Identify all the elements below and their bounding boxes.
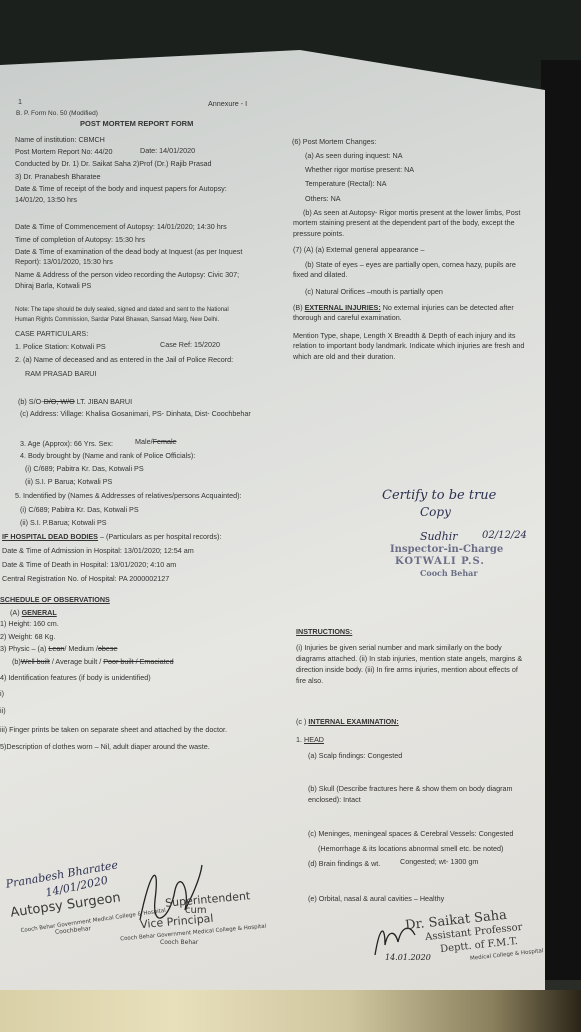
internal-prefix: (c ) (296, 717, 308, 726)
admission: Date & Time of Admission in Hospital: 13… (2, 547, 194, 556)
meninges-findings: (c) Meninges, meningeal spaces & Cerebra… (308, 830, 513, 839)
orbital-findings: (e) Orbital, nasal & aural cavities – He… (308, 895, 444, 904)
institution: Name of institution: CBMCH (15, 136, 105, 145)
inquest-changes: (a) As seen during inquest: NA (305, 152, 402, 161)
injuries-heading: EXTERNAL INJURIES: (305, 303, 381, 312)
age-sex: 3. Age (Approx): 66 Yrs. Sex: (20, 440, 113, 449)
identified-by-1: (i) C/689; Pabitra Kr. Das, Kotwali PS (20, 506, 139, 515)
stamp-inspector-city: Cooch Behar (420, 568, 478, 578)
sex-value: Male/Female (135, 438, 177, 447)
so-struck: D/O, W/O (44, 397, 75, 406)
completion: Time of completion of Autopsy: 15:30 hrs (15, 236, 145, 245)
brain-value: Congested; wt- 1300 gm (400, 858, 478, 867)
certify-copy-handwriting: Copy (420, 505, 451, 519)
hospital-heading: IF HOSPITAL DEAD BODIES (2, 532, 98, 541)
general-prefix: (A) (10, 608, 22, 617)
identification-ii: ii) (0, 707, 6, 716)
conducted-by: Conducted by Dr. 1) Dr. Saikat Saha 2)Pr… (15, 160, 212, 169)
brain-label: (d) Brain findings & wt. (308, 860, 380, 869)
report-date: Date: 14/01/2020 (140, 147, 195, 156)
so-prefix: (b) S/O- (18, 397, 44, 406)
inquest-exam-1: Date & Time of examination of the dead b… (15, 248, 242, 257)
stamp-inspector-title: Inspector-in-Charge (390, 544, 503, 555)
certify-handwriting: Certify to be true (382, 488, 496, 503)
height: 1) Height: 160 cm. (0, 620, 59, 629)
video-recorder-1: Name & Address of the person video recor… (15, 271, 239, 280)
deceased-name-label: 2. (a) Name of deceased and as entered i… (15, 356, 233, 365)
sex-male: Male/ (135, 437, 153, 446)
page-title: POST MORTEM REPORT FORM (80, 119, 193, 128)
address: (c) Address: Village: Khalisa Gosanimari… (20, 410, 251, 419)
saha-signature-date: 14.01.2020 (385, 953, 431, 962)
cloth-background (0, 990, 581, 1032)
deceased-name: RAM PRASAD BARUI (25, 370, 97, 379)
commencement: Date & Time of Commencement of Autopsy: … (15, 223, 227, 232)
conducted-by-3: 3) Dr. Pranabesh Bharatee (15, 173, 101, 182)
built-well-struck: Well built (21, 657, 50, 666)
certify-signature: Sudhir (420, 530, 458, 543)
built-prefix: (b) (12, 657, 21, 666)
instructions-heading: INSTRUCTIONS: (296, 628, 352, 637)
built: (b)Well built / Average built / Poor bui… (12, 658, 174, 667)
stamp-super-city: Cooch Behar (160, 939, 198, 946)
physic-medium: / Medium / (64, 644, 98, 653)
temperature: Temperature (Rectal): NA (305, 180, 386, 189)
receipt-value: 14/01/20, 13:50 hrs (15, 196, 77, 205)
head-prefix: 1. (296, 735, 304, 744)
identification-features: 4) Identification features (if body is u… (0, 674, 151, 683)
certify-date: 02/12/24 (482, 530, 527, 541)
general-heading: GENERAL (22, 608, 57, 617)
physic-obese-struck: obese (98, 644, 118, 653)
external-injuries: (B) EXTERNAL INJURIES: No external injur… (293, 303, 528, 324)
report-number: Post Mortem Report No: 44/20 (15, 148, 112, 157)
physic-lean-struck: Lean (48, 644, 64, 653)
physic: 3) Physic – (a) Lean/ Medium /obese (0, 645, 118, 654)
brought-by-1: (i) C/689; Pabitra Kr. Das, Kotwali PS (25, 465, 144, 474)
son-of: (b) S/O-D/O, W/O LT. JIBAN BARUI (18, 398, 132, 407)
eyes-state: (b) State of eyes – eyes are partially o… (293, 260, 528, 281)
identified-by: 5. Indentified by (Names & Addresses of … (15, 492, 242, 501)
internal-heading: INTERNAL EXAMINATION: (308, 717, 398, 726)
general-section: (A) GENERAL (10, 609, 57, 618)
internal-exam: (c ) INTERNAL EXAMINATION: (296, 718, 399, 727)
built-average: / Average built / (50, 657, 103, 666)
brought-by: 4. Body brought by (Name and rank of Pol… (20, 452, 195, 461)
schedule-heading: SCHEDULE OF OBSERVATIONS (0, 596, 110, 605)
annexure-label: Annexure - I (208, 100, 247, 109)
note-1: Note: The tape should be duly sealed, si… (15, 307, 229, 314)
sex-female-struck: Female (153, 437, 177, 446)
mention-instructions: Mention Type, shape, Length X Breadth & … (293, 331, 530, 362)
so-value: LT. JIBAN BARUI (75, 397, 132, 406)
brought-by-2: (ii) S.I. P Barua; Kotwali PS (25, 478, 112, 487)
physic-prefix: 3) Physic – (a) (0, 644, 48, 653)
video-recorder-2: Dhiraj Barla, Kotwali PS (15, 282, 91, 291)
weight: 2) Weight: 68 Kg. (0, 633, 55, 642)
head-heading: HEAD (304, 735, 324, 744)
page-number: 1 (18, 98, 22, 107)
others: Others: NA (305, 195, 341, 204)
registration: Central Registration No. of Hospital: PA… (2, 575, 169, 584)
rigor-mortis: Whether rigor mortise present: NA (305, 166, 414, 175)
pm-changes: (6) Post Mortem Changes: (292, 138, 376, 147)
external-general: (7) (A) (a) External general appearance … (293, 246, 424, 255)
inquest-exam-2: Report): 13/01/2020, 15:30 hrs (15, 258, 113, 267)
receipt-label: Date & Time of receipt of the body and i… (15, 185, 227, 194)
identified-by-2: (ii) S.I. P.Barua; Kotwali PS (20, 519, 107, 528)
scalp-findings: (a) Scalp findings: Congested (308, 752, 402, 761)
hospital-heading-rest: – (Particulars as per hospital records): (98, 532, 221, 541)
natural-orifices: (c) Natural Orifices –mouth is partially… (305, 288, 443, 297)
police-station: 1. Police Station: Kotwali PS (15, 343, 106, 352)
background-shadow (541, 60, 581, 980)
instructions-text: (i) Injuries be given serial number and … (296, 642, 528, 687)
injuries-prefix: (B) (293, 303, 305, 312)
postmortem-report-page: 1 Annexure - I B. P. Form No. 50 (Modifi… (0, 50, 545, 995)
note-2: Human Rights Commission, Sardar Patel Bh… (15, 317, 219, 324)
clothes: 5)Description of clothes worn – Nil, adu… (0, 743, 210, 752)
stamp-inspector-station: KOTWALI P.S. (395, 556, 485, 567)
skull-findings: (b) Skull (Describe fractures here & sho… (308, 783, 528, 805)
autopsy-changes: (b) As seen at Autopsy- Rigor mortis pre… (293, 208, 528, 239)
case-ref: Case Ref: 15/2020 (160, 341, 220, 350)
hemorrhage-note: (Hemorrhage & its locations abnormal sme… (318, 845, 503, 854)
case-particulars: CASE PARTICULARS: (15, 330, 88, 339)
built-poor-struck: Poor built / Emaciated (103, 657, 173, 666)
head-section: 1. HEAD (296, 736, 324, 745)
identification-i: i) (0, 690, 4, 699)
form-number: B. P. Form No. 50 (Modified) (16, 110, 98, 118)
hospital-section: IF HOSPITAL DEAD BODIES – (Particulars a… (2, 533, 221, 542)
death: Date & Time of Death in Hospital: 13/01/… (2, 561, 176, 570)
fingerprints: iii) Finger prints be taken on separate … (0, 726, 227, 735)
